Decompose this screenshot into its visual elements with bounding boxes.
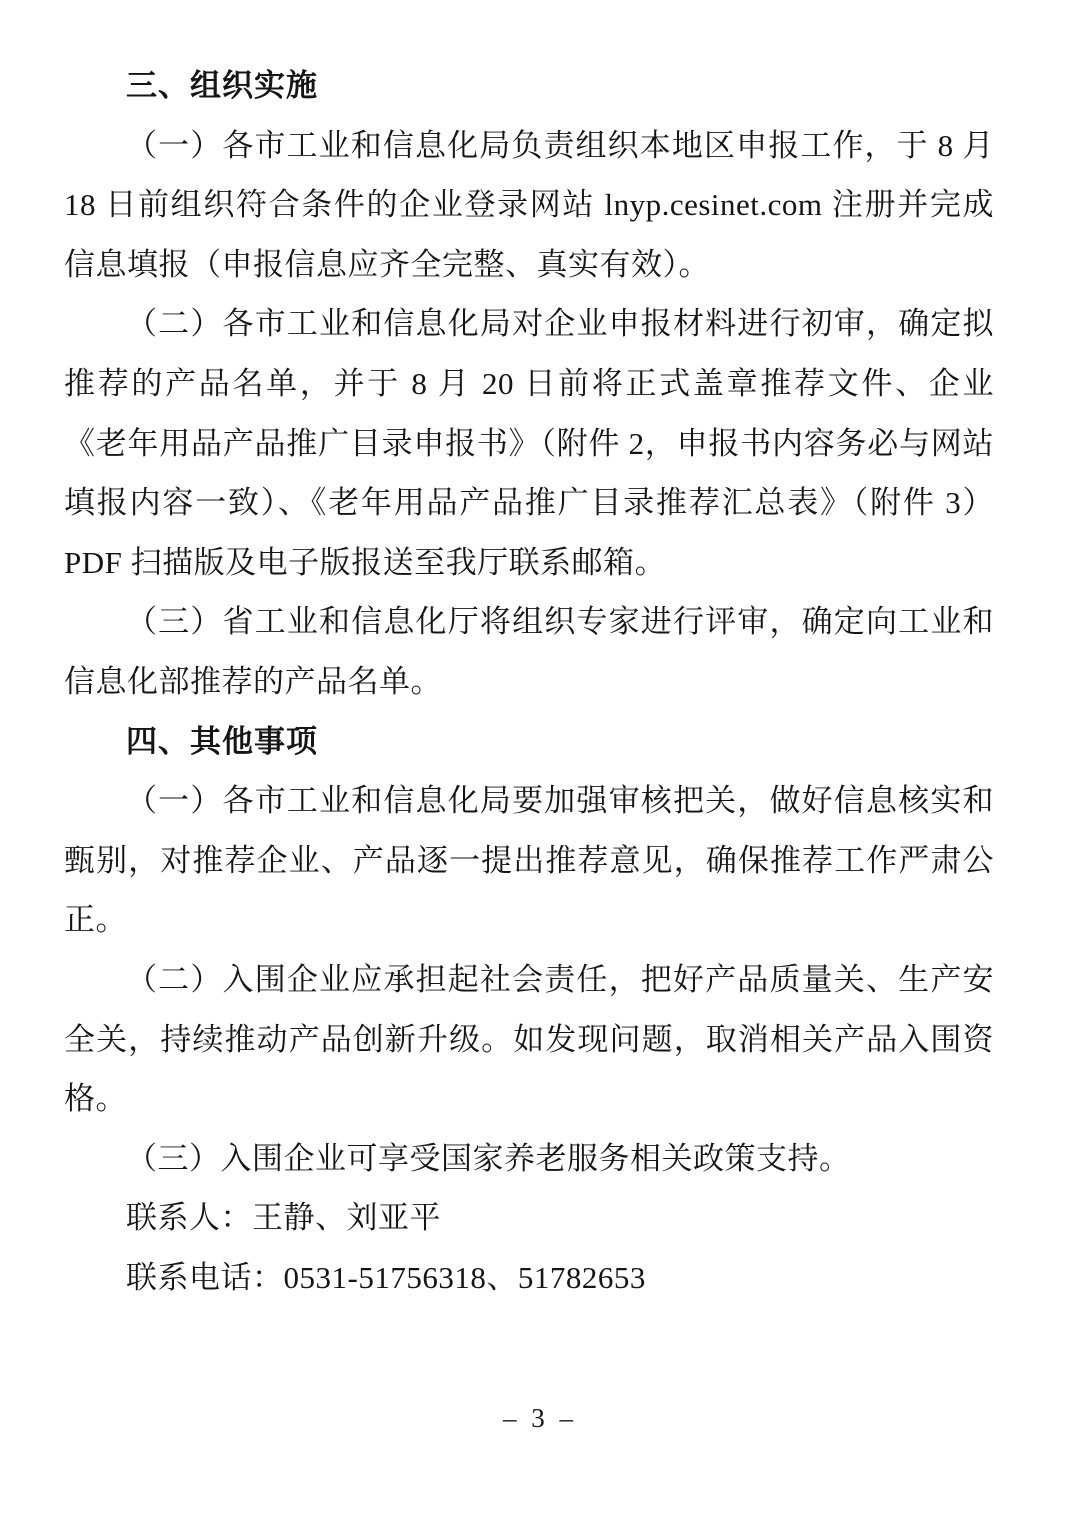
- document-page: 三、组织实施 （一）各市工业和信息化局负责组织本地区申报工作，于 8 月 18 …: [0, 0, 1080, 1528]
- section-4-item-1: （一）各市工业和信息化局要加强审核把关，做好信息核实和甄别，对推荐企业、产品逐一…: [64, 771, 994, 950]
- section-3-item-3: （三）省工业和信息化厅将组织专家进行评审，确定向工业和信息化部推荐的产品名单。: [64, 592, 994, 711]
- document-body: 三、组织实施 （一）各市工业和信息化局负责组织本地区申报工作，于 8 月 18 …: [64, 56, 994, 1307]
- contact-person-line: 联系人：王静、刘亚平: [64, 1188, 994, 1248]
- contact-phone-line: 联系电话：0531-51756318、51782653: [64, 1248, 994, 1308]
- page-number: – 3 –: [0, 1398, 1080, 1438]
- section-4-item-3: （三）入围企业可享受国家养老服务相关政策支持。: [64, 1129, 994, 1189]
- section-3-item-2: （二）各市工业和信息化局对企业申报材料进行初审，确定拟推荐的产品名单，并于 8 …: [64, 294, 994, 592]
- section-4-item-2: （二）入围企业应承担起社会责任，把好产品质量关、生产安全关，持续推动产品创新升级…: [64, 950, 994, 1129]
- section-3-heading: 三、组织实施: [64, 56, 994, 116]
- section-4-heading: 四、其他事项: [64, 712, 994, 772]
- section-3-item-1: （一）各市工业和信息化局负责组织本地区申报工作，于 8 月 18 日前组织符合条…: [64, 116, 994, 295]
